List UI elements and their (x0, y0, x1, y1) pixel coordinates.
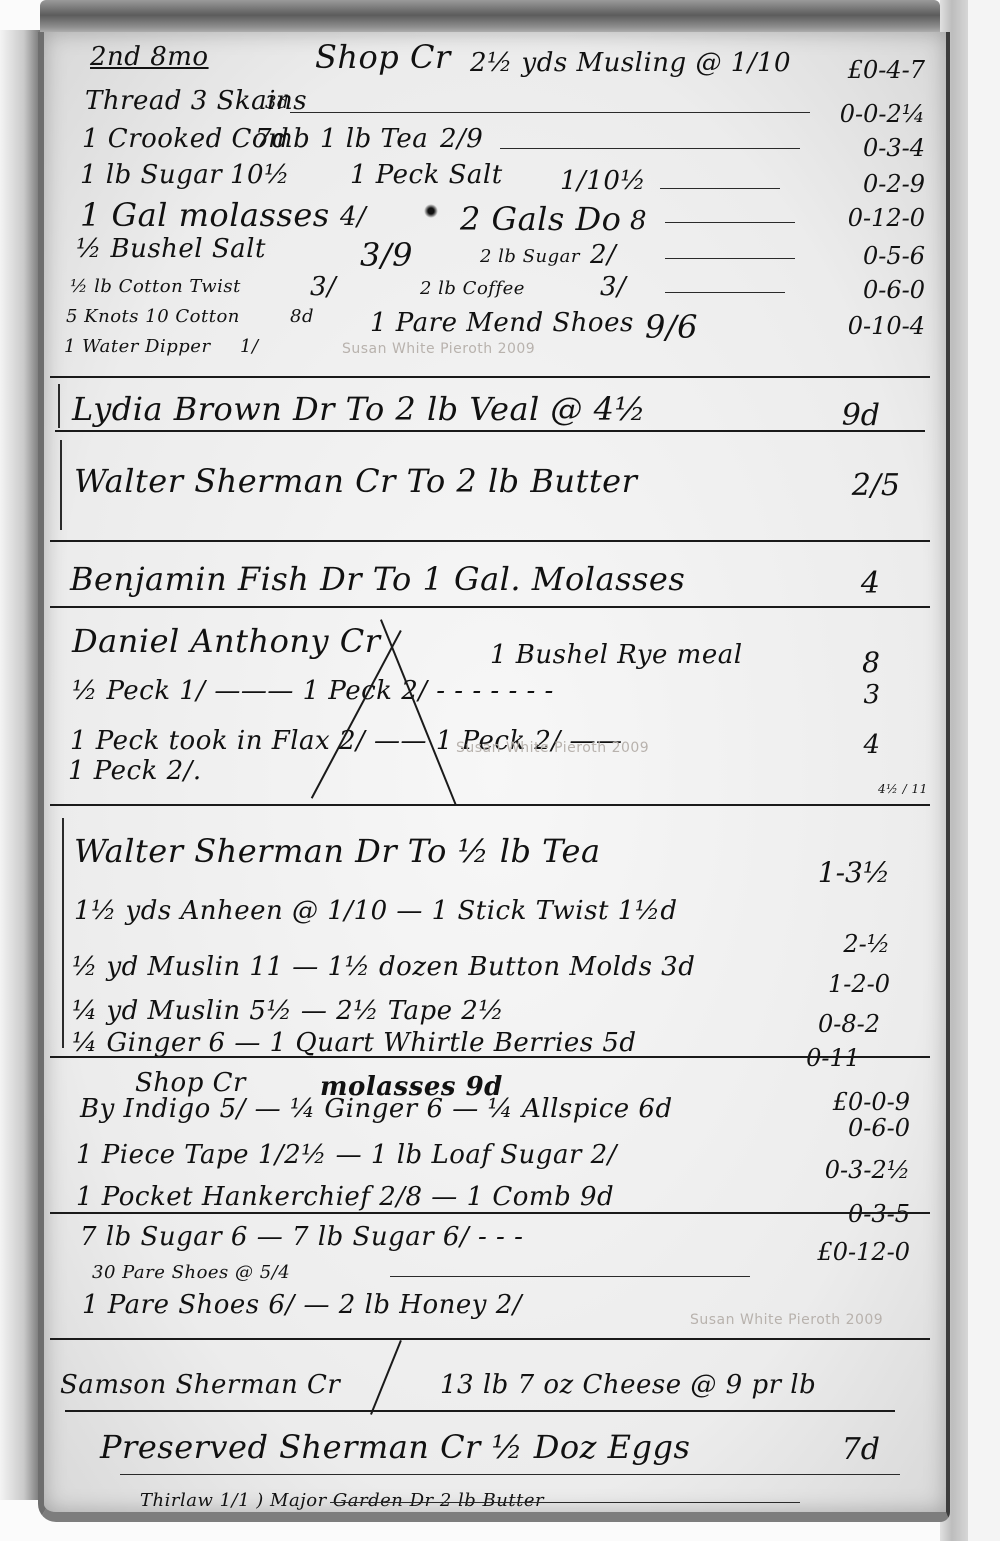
ledger-line: 1 Peck 2/. (68, 756, 202, 786)
line-amount: £0-12-0 (740, 1238, 910, 1266)
section-divider (50, 1056, 930, 1058)
photographer-watermark: Susan White Pieroth 2009 (342, 341, 535, 357)
ink-blot (424, 204, 438, 218)
margin-rule (60, 440, 62, 530)
account-title-benjamin-fish: Benjamin Fish Dr To 1 Gal. Molasses (70, 560, 685, 598)
account-title-walter-sherman-cr: Walter Sherman Cr To 2 lb Butter (74, 462, 637, 500)
line-right-price: 2/9 (440, 124, 483, 154)
ledger-line: 1 Pare Shoes 6/ — 2 lb Honey 2/ (82, 1290, 522, 1320)
account-amount: 7d (820, 1432, 880, 1467)
line-amount: 0-12-0 (800, 204, 925, 232)
line-left-price: 10½ (230, 160, 290, 190)
ledger-line: 7 lb Sugar 6 — 7 lb Sugar 6/ - - - (80, 1222, 523, 1252)
line-left-price: 3d (265, 92, 289, 113)
photographer-watermark: Susan White Pieroth 2009 (690, 1312, 883, 1328)
line-amount: 1-2-0 (770, 970, 890, 998)
section-divider (50, 804, 930, 806)
entry-date: 2nd 8mo (90, 42, 209, 72)
line-right-price: 2/ (590, 240, 616, 270)
section-divider (50, 1212, 930, 1214)
leader-line (665, 258, 795, 259)
photographer-watermark: Susan White Pieroth 2009 (456, 740, 649, 756)
line-left: 5 Knots 10 Cotton (66, 306, 240, 327)
line-amount: 0-8-2 (770, 1010, 880, 1038)
line-left-price: 3/ (310, 272, 336, 302)
ledger-line: 1½ yds Anheen @ 1/10 — 1 Stick Twist 1½d (74, 896, 678, 926)
leader-line (665, 222, 795, 223)
line-left-price: 8d (290, 306, 314, 327)
account-title-preserved-sherman: Preserved Sherman Cr ½ Doz Eggs (100, 1428, 690, 1466)
leader-line (660, 188, 780, 189)
section-divider (50, 606, 930, 608)
first-item: 2½ yds Musling @ 1/10 (470, 48, 791, 78)
account-title-daniel-anthony: Daniel Anthony Cr (72, 622, 381, 660)
line-amount: 2-½ (790, 930, 890, 958)
page-margin (968, 0, 1000, 1541)
line-amount: 0-5-6 (790, 242, 925, 270)
line-amount: 0-3-4 (800, 134, 925, 162)
line-amount: 0-6-0 (760, 1114, 910, 1142)
line-left: 1 Water Dipper (64, 336, 211, 357)
line-left: 1 Gal molasses (80, 196, 330, 234)
line-right: 2 Gals Do (460, 200, 621, 238)
account-amount: 1-3½ (780, 856, 890, 889)
ledger-line: ½ yd Muslin 11 — 1½ dozen Button Molds 3… (72, 952, 695, 982)
ledger-line: 1 Piece Tape 1/2½ — 1 lb Loaf Sugar 2/ (76, 1140, 617, 1170)
leader-line (290, 112, 810, 113)
line-amount: 0-2-9 (800, 170, 925, 198)
margin-rule (58, 384, 60, 428)
account-title-samson-sherman: Samson Sherman Cr (60, 1370, 340, 1400)
line-left-price: 3/9 (360, 236, 413, 274)
line-left: 1 lb Sugar (80, 160, 222, 190)
ledger-line: ¼ Ginger 6 — 1 Quart Whirtle Berries 5d (72, 1028, 637, 1058)
line-right-price: 9/6 (645, 308, 698, 346)
line-right: 2 lb Coffee (420, 278, 525, 299)
ledger-line: 1 Pocket Hankerchief 2/8 — 1 Comb 9d (76, 1182, 614, 1212)
account-amount: 2/5 (790, 468, 900, 503)
line-amount: 0-3-2½ (760, 1156, 910, 1184)
section-divider (55, 430, 925, 432)
line-right: 1 Pare Mend Shoes (370, 308, 634, 338)
account-amount: £0-0-9 (770, 1088, 910, 1116)
leader-line (390, 1276, 750, 1277)
leader-line (665, 292, 785, 293)
line-left: ½ Bushel Salt (76, 234, 266, 264)
leader-line (500, 148, 800, 149)
margin-rule (62, 818, 64, 1048)
account-title-lydia-brown: Lydia Brown Dr To 2 lb Veal @ 4½ (72, 390, 646, 428)
line-left-price: 1/ (240, 336, 259, 357)
account-detail: 13 lb 7 oz Cheese @ 9 pr lb (440, 1370, 816, 1400)
account-title-item: 1 Bushel Rye meal (490, 640, 743, 670)
footer-entry: Thirlaw 1/1 ) Major Garden Dr 2 lb Butte… (140, 1490, 544, 1511)
account-amount: 4 (830, 566, 880, 601)
margin-note: 4½ / 11 (878, 782, 928, 796)
account-title-walter-sherman-dr: Walter Sherman Dr To ½ lb Tea (74, 832, 601, 870)
line-amount: 4 (840, 730, 880, 760)
line-amount: 0-6-0 (790, 276, 925, 304)
account-amount: 9d (820, 398, 880, 433)
section-divider (50, 1338, 930, 1340)
first-amount: £0-4-7 (800, 56, 925, 84)
line-amount: 0-3-5 (760, 1200, 910, 1228)
line-right: 1 lb Tea (320, 124, 428, 154)
ledger-line: ¼ yd Muslin 5½ — 2½ Tape 2½ (72, 996, 504, 1026)
section-divider (50, 376, 930, 378)
line-left: ½ lb Cotton Twist (70, 276, 241, 297)
line-right: 1 Peck Salt (350, 160, 503, 190)
book-spine-edge (0, 30, 40, 1500)
account-heading: Shop Cr (315, 38, 451, 76)
line-right-price: 3/ (600, 272, 626, 302)
line-amount: 0-11 (770, 1044, 860, 1072)
line-left-price: 4/ (340, 202, 366, 232)
account-amount: 8 (840, 646, 880, 679)
ledger-line: 30 Pare Shoes @ 5/4 (92, 1262, 290, 1283)
line-amount: 0-0-2¼ (800, 100, 925, 128)
section-divider (65, 1410, 895, 1412)
ledger-line: ½ Peck 1/ ——— 1 Peck 2/ - - - - - - - (72, 676, 554, 706)
ledger-line: By Indigo 5/ — ¼ Ginger 6 — ¼ Allspice 6… (80, 1094, 673, 1124)
line-amount: 0-10-4 (790, 312, 925, 340)
section-divider (50, 540, 930, 542)
line-right: 2 lb Sugar (480, 246, 580, 267)
line-right-price: 1/10½ (560, 166, 646, 196)
line-left-price: 7d (255, 124, 289, 154)
section-divider (120, 1474, 900, 1475)
strike-line (330, 1502, 800, 1503)
line-amount: 3 (840, 680, 880, 710)
line-right-price: 8 (630, 206, 647, 236)
